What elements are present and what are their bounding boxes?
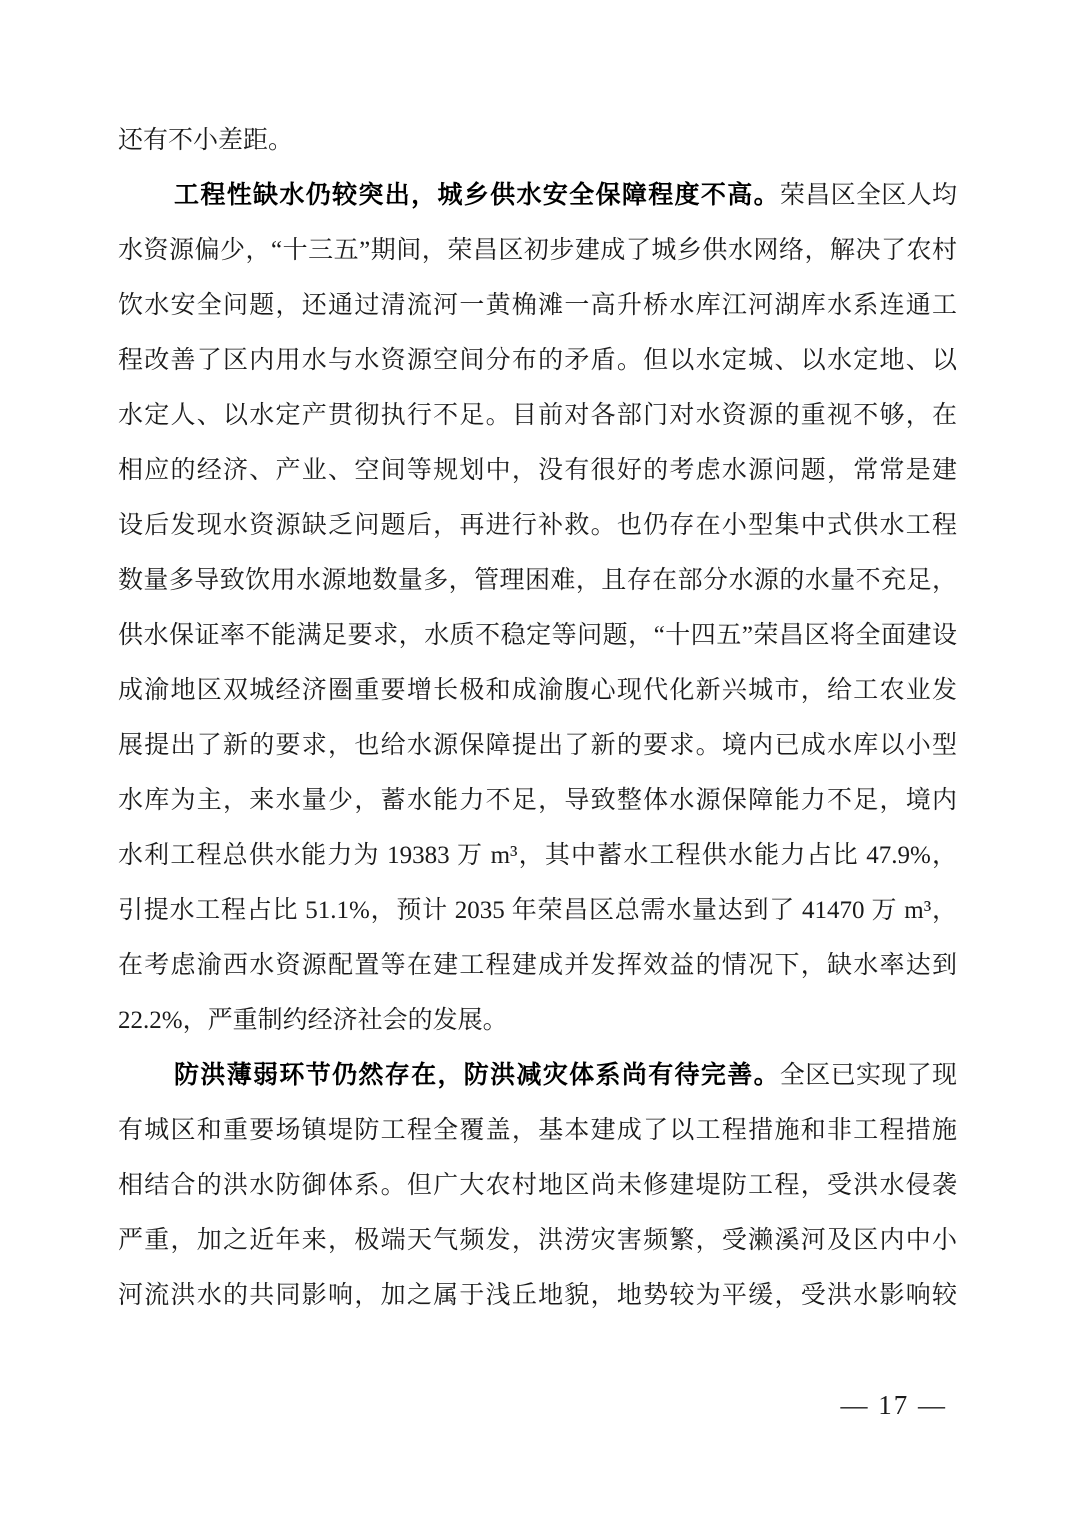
page-number: — 17 —	[841, 1383, 948, 1428]
text-line: 展提出了新的要求，也给水源保障提出了新的要求。境内已成水库以小型	[118, 718, 957, 773]
text-run: 相结合的洪水防御体系。但广大农村地区尚未修建堤防工程，受洪水侵袭	[118, 1172, 957, 1199]
paragraph-heading-bold: 工程性缺水仍较突出，城乡供水安全保障程度不高。	[174, 181, 780, 209]
text-run: 有城区和重要场镇堤防工程全覆盖，基本建成了以工程措施和非工程措施	[118, 1117, 957, 1144]
text-run: 展提出了新的要求，也给水源保障提出了新的要求。境内已成水库以小型	[118, 732, 957, 759]
text-run: 饮水安全问题，还通过清流河一黄桷滩一高升桥水库江河湖库水系连通工	[118, 292, 957, 319]
text-run: 荣昌区全区人均	[780, 182, 957, 209]
text-line: 成渝地区双城经济圈重要增长极和成渝腹心现代化新兴城市，给工农业发	[118, 663, 957, 718]
text-run: 供水保证率不能满足要求，水质不稳定等问题，“十四五”荣昌区将全面建设	[118, 622, 957, 649]
text-line: 水库为主，来水量少，蓄水能力不足，导致整体水源保障能力不足，境内	[118, 773, 957, 828]
text-line: 水利工程总供水能力为 19383 万 m³，其中蓄水工程供水能力占比 47.9%…	[118, 828, 957, 883]
text-run: 程改善了区内用水与水资源空间分布的矛盾。但以水定城、以水定地、以	[118, 347, 957, 374]
text-run: 成渝地区双城经济圈重要增长极和成渝腹心现代化新兴城市，给工农业发	[118, 677, 957, 704]
text-line: 相结合的洪水防御体系。但广大农村地区尚未修建堤防工程，受洪水侵袭	[118, 1158, 957, 1213]
text-block: 还有不小差距。 工程性缺水仍较突出，城乡供水安全保障程度不高。荣昌区全区人均 水…	[118, 113, 957, 1323]
text-run: 水库为主，来水量少，蓄水能力不足，导致整体水源保障能力不足，境内	[118, 787, 957, 814]
text-line: 程改善了区内用水与水资源空间分布的矛盾。但以水定城、以水定地、以	[118, 333, 957, 388]
text-run: 水利工程总供水能力为 19383 万 m³，其中蓄水工程供水能力占比 47.9%…	[118, 842, 957, 869]
text-run: 引提水工程占比 51.1%，预计 2035 年荣昌区总需水量达到了 41470 …	[118, 897, 957, 924]
text-run: 22.2%，严重制约经济社会的发展。	[118, 1007, 508, 1034]
text-line: 还有不小差距。	[118, 113, 957, 168]
text-line: 河流洪水的共同影响，加之属于浅丘地貌，地势较为平缓，受洪水影响较	[118, 1268, 957, 1323]
text-run: 严重，加之近年来，极端天气频发，洪涝灾害频繁，受濑溪河及区内中小	[118, 1227, 957, 1254]
document-page: 还有不小差距。 工程性缺水仍较突出，城乡供水安全保障程度不高。荣昌区全区人均 水…	[0, 0, 1074, 1520]
text-run: 水定人、以水定产贯彻执行不足。目前对各部门对水资源的重视不够，在	[118, 402, 957, 429]
text-line: 在考虑渝西水资源配置等在建工程建成并发挥效益的情况下，缺水率达到	[118, 938, 957, 993]
text-run: 全区已实现了现	[780, 1062, 957, 1089]
text-line: 相应的经济、产业、空间等规划中，没有很好的考虑水源问题，常常是建	[118, 443, 957, 498]
text-run: 水资源偏少，“十三五”期间，荣昌区初步建成了城乡供水网络，解决了农村	[118, 237, 957, 264]
text-run: 在考虑渝西水资源配置等在建工程建成并发挥效益的情况下，缺水率达到	[118, 952, 957, 979]
text-line: 有城区和重要场镇堤防工程全覆盖，基本建成了以工程措施和非工程措施	[118, 1103, 957, 1158]
text-run: 数量多导致饮用水源地数量多，管理困难，且存在部分水源的水量不充足，	[118, 567, 957, 594]
text-line: 工程性缺水仍较突出，城乡供水安全保障程度不高。荣昌区全区人均	[118, 168, 957, 223]
text-line: 饮水安全问题，还通过清流河一黄桷滩一高升桥水库江河湖库水系连通工	[118, 278, 957, 333]
text-line: 防洪薄弱环节仍然存在，防洪减灾体系尚有待完善。全区已实现了现	[118, 1048, 957, 1103]
text-run: 设后发现水资源缺乏问题后，再进行补救。也仍存在小型集中式供水工程	[118, 512, 957, 539]
text-run: 相应的经济、产业、空间等规划中，没有很好的考虑水源问题，常常是建	[118, 457, 957, 484]
text-run: 还有不小差距。	[118, 127, 293, 154]
paragraph-heading-bold: 防洪薄弱环节仍然存在，防洪减灾体系尚有待完善。	[174, 1061, 780, 1089]
text-line: 引提水工程占比 51.1%，预计 2035 年荣昌区总需水量达到了 41470 …	[118, 883, 957, 938]
text-line: 22.2%，严重制约经济社会的发展。	[118, 993, 957, 1048]
text-line: 设后发现水资源缺乏问题后，再进行补救。也仍存在小型集中式供水工程	[118, 498, 957, 553]
text-line: 数量多导致饮用水源地数量多，管理困难，且存在部分水源的水量不充足，	[118, 553, 957, 608]
text-line: 供水保证率不能满足要求，水质不稳定等问题，“十四五”荣昌区将全面建设	[118, 608, 957, 663]
text-line: 严重，加之近年来，极端天气频发，洪涝灾害频繁，受濑溪河及区内中小	[118, 1213, 957, 1268]
text-run: 河流洪水的共同影响，加之属于浅丘地貌，地势较为平缓，受洪水影响较	[118, 1282, 957, 1309]
text-line: 水资源偏少，“十三五”期间，荣昌区初步建成了城乡供水网络，解决了农村	[118, 223, 957, 278]
text-line: 水定人、以水定产贯彻执行不足。目前对各部门对水资源的重视不够，在	[118, 388, 957, 443]
